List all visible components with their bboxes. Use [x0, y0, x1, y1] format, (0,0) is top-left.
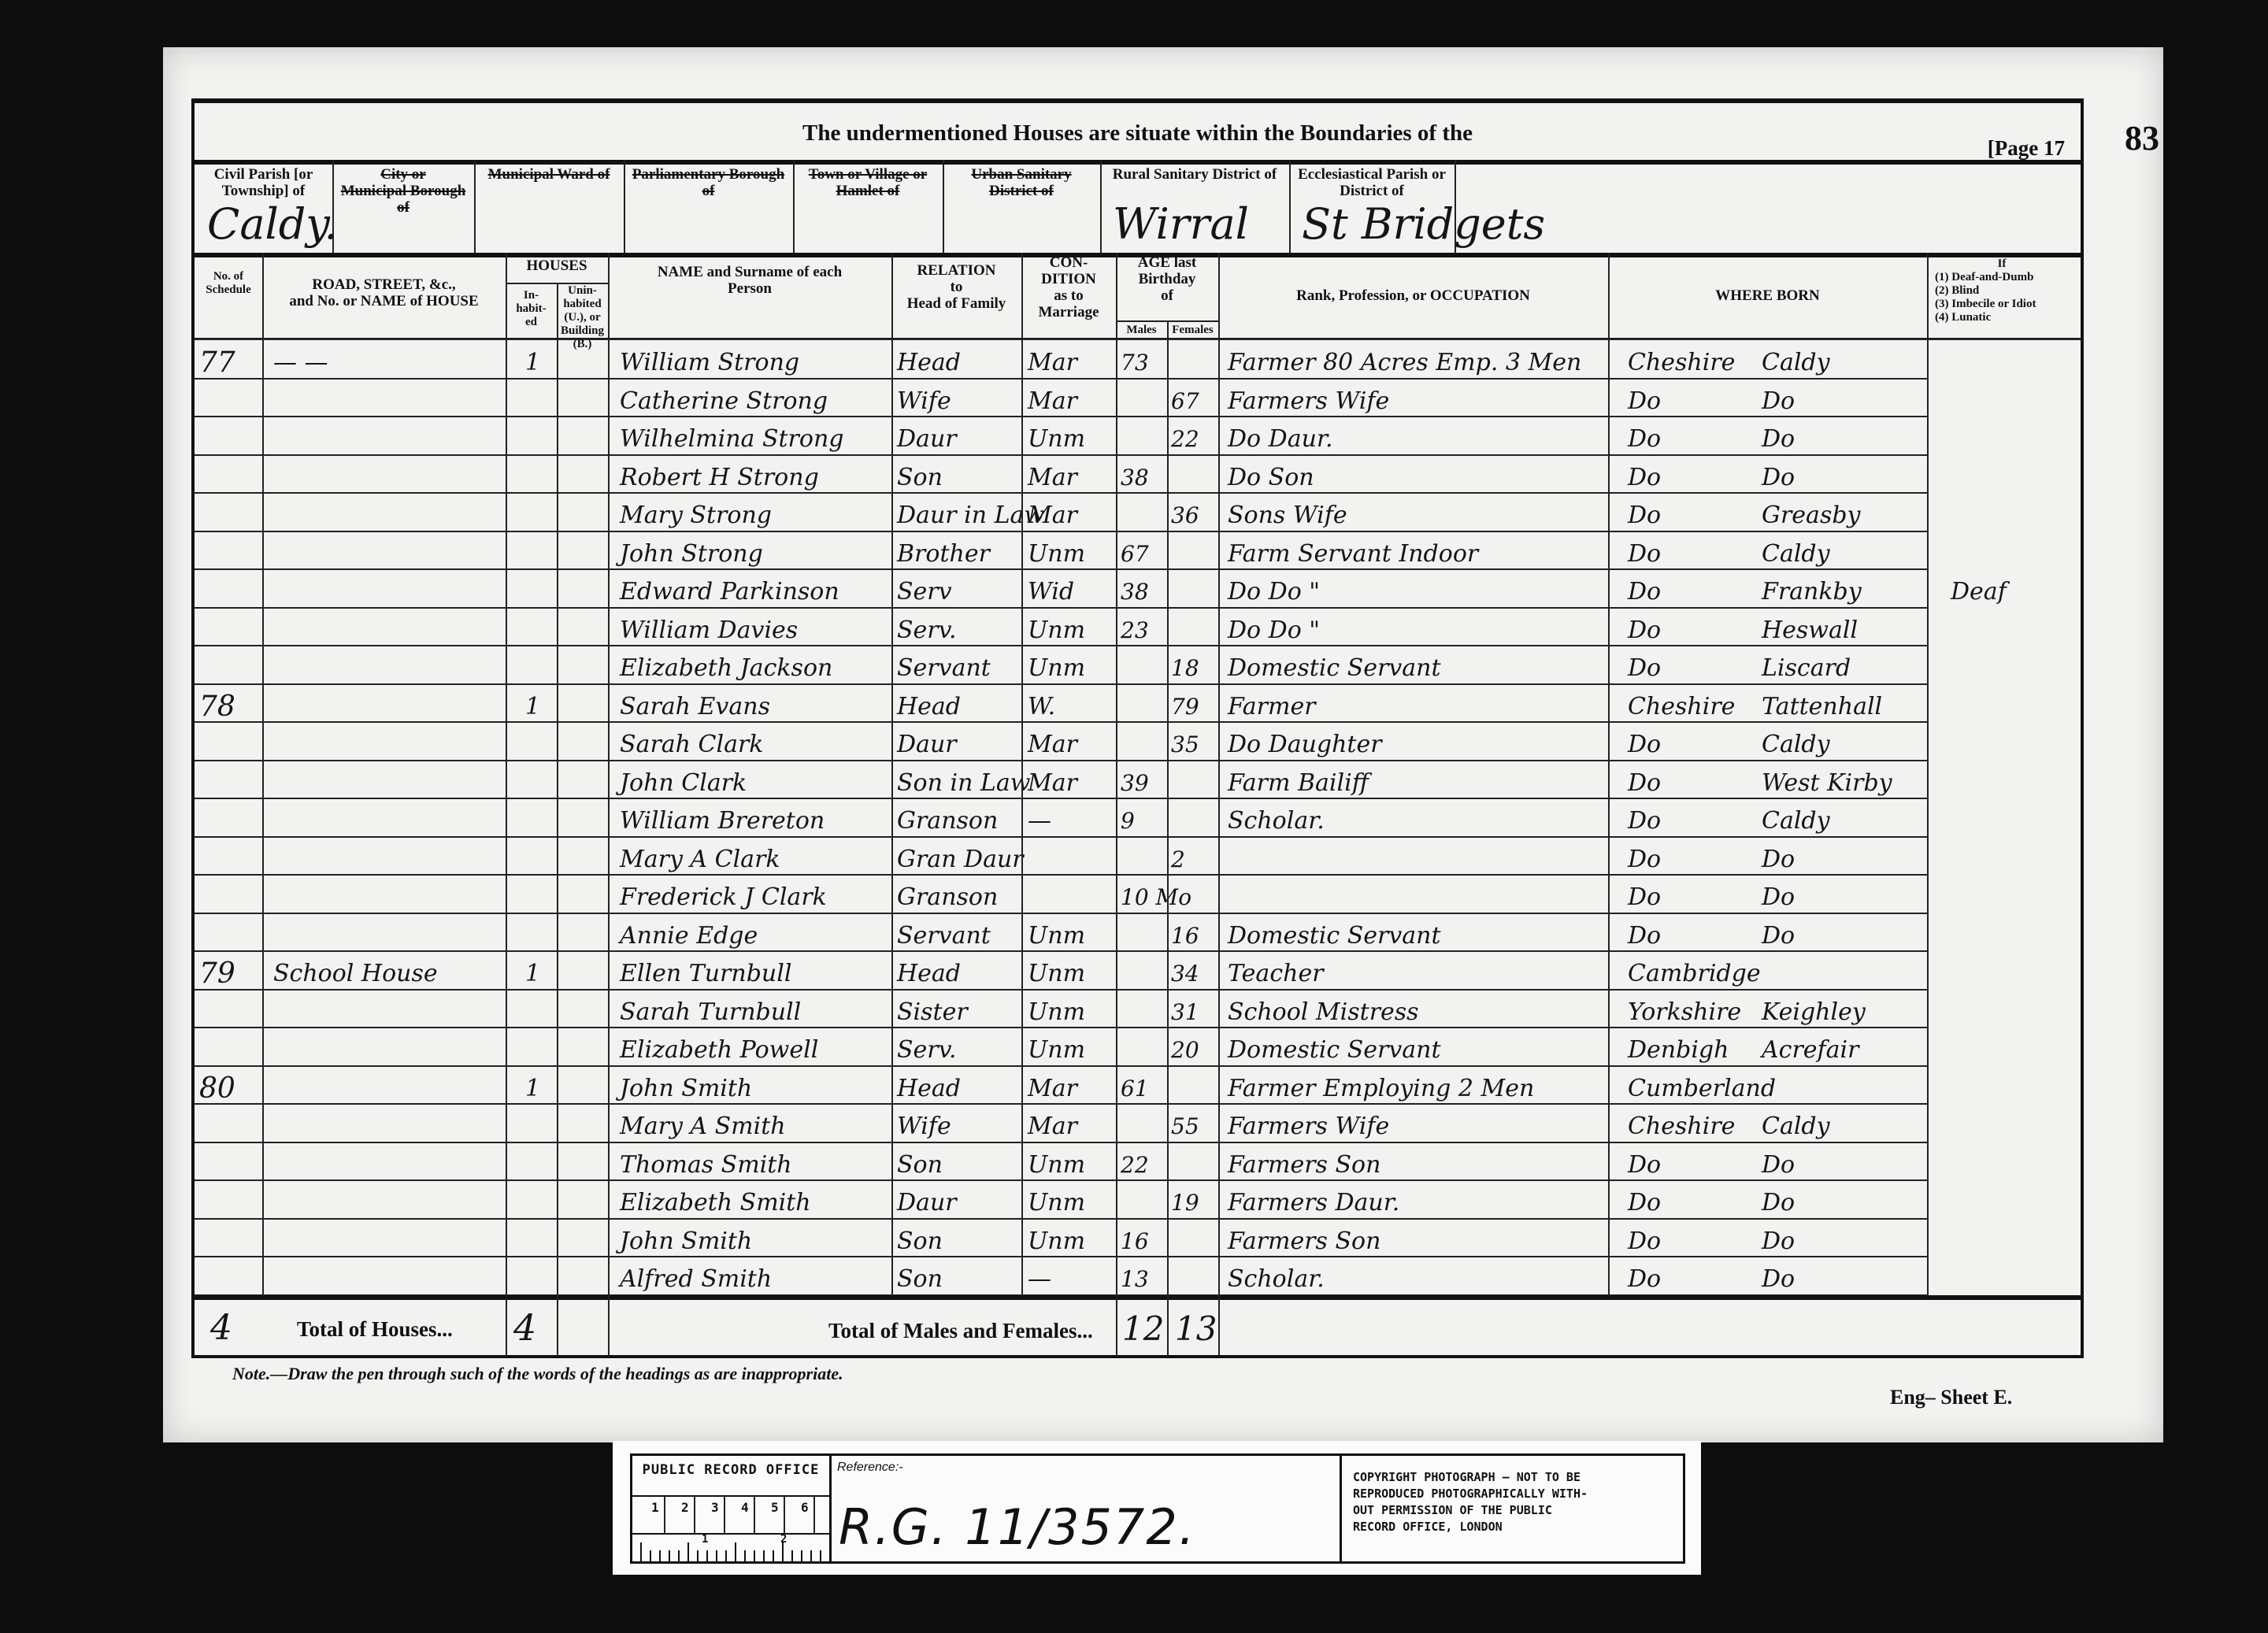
- col-relation-header: RELATIONtoHead of Family: [891, 262, 1021, 312]
- male-age: 9: [1121, 799, 1135, 839]
- col-females-header: Females: [1167, 324, 1218, 337]
- relation: Son: [897, 456, 943, 495]
- relation: Head: [897, 685, 961, 724]
- relation: Wife: [897, 1105, 951, 1144]
- birth-place: Do: [1762, 914, 1795, 954]
- table-row: Alfred SmithSon—13Scholar.DoDo: [195, 1257, 2081, 1296]
- relation: Son in Law: [897, 761, 1030, 801]
- total-houses-value: 4: [513, 1306, 536, 1349]
- relation: Daur: [897, 417, 957, 457]
- relation: Serv.: [897, 1028, 957, 1068]
- location-heading: Hamlet of: [798, 183, 938, 199]
- person-name: Alfred Smith: [620, 1257, 772, 1297]
- marital-condition: Mar: [1028, 1105, 1077, 1144]
- person-name: Catherine Strong: [620, 380, 828, 419]
- location-heading: Town or Village or: [798, 166, 938, 183]
- table-row: Sarah TurnbullSisterUnm31School Mistress…: [195, 991, 2081, 1029]
- relation: Daur: [897, 1181, 957, 1220]
- relation: Sister: [897, 991, 968, 1030]
- female-age: 31: [1171, 991, 1199, 1030]
- marital-condition: Unm: [1028, 417, 1085, 457]
- birth-place: Do: [1762, 1220, 1795, 1259]
- marital-condition: Unm: [1028, 646, 1085, 686]
- divider: [195, 338, 2081, 340]
- birth-place: Do: [1762, 380, 1795, 419]
- infirmity: Deaf: [1951, 570, 2007, 609]
- birth-county: Do: [1628, 1257, 1661, 1297]
- col-schedule-header: No. ofSchedule: [195, 270, 262, 297]
- location-heading: Municipal Ward of: [479, 166, 619, 183]
- person-name: Robert H Strong: [620, 456, 819, 495]
- occupation: Farmers Daur.: [1228, 1181, 1399, 1220]
- occupation: Do Do ": [1228, 570, 1320, 609]
- record-office-label: PUBLIC RECORD OFFICE 123456 12 Reference…: [613, 1441, 1701, 1575]
- table-row: Elizabeth SmithDaurUnm19Farmers Daur.DoD…: [195, 1181, 2081, 1220]
- female-age: 34: [1171, 952, 1199, 991]
- person-name: Mary Strong: [620, 494, 772, 533]
- birth-county: Cheshire: [1628, 685, 1735, 724]
- person-name: Mary A Clark: [620, 838, 780, 877]
- marital-condition: Unm: [1028, 1181, 1085, 1220]
- table-row: Annie EdgeServantUnm16Domestic ServantDo…: [195, 914, 2081, 953]
- male-age: 13: [1121, 1257, 1149, 1297]
- total-males: 12: [1122, 1309, 1164, 1348]
- footnote: Note.—Draw the pen through such of the w…: [232, 1364, 843, 1384]
- occupation: Teacher: [1228, 952, 1324, 991]
- birth-place: Caldy: [1762, 723, 1830, 762]
- birth-county: Do: [1628, 494, 1661, 533]
- birth-place: Do: [1762, 417, 1795, 457]
- location-heading: District of: [1294, 183, 1450, 199]
- reference-label: Reference:-: [837, 1461, 903, 1475]
- relation: Wife: [897, 380, 951, 419]
- birth-place: Acrefair: [1762, 1028, 1859, 1068]
- marital-condition: Unm: [1028, 1028, 1085, 1068]
- female-age: 67: [1171, 380, 1199, 419]
- table-row: John StrongBrotherUnm67Farm Servant Indo…: [195, 532, 2081, 571]
- person-name: Sarah Evans: [620, 685, 770, 724]
- marital-condition: Unm: [1028, 1143, 1085, 1183]
- occupation: Farmers Son: [1228, 1220, 1380, 1259]
- location-field: Rural Sanitary District ofWirral: [1105, 166, 1284, 251]
- birth-county: Denbigh: [1628, 1028, 1729, 1068]
- relation: Son: [897, 1143, 943, 1183]
- census-form: The undermentioned Houses are situate wi…: [191, 98, 2084, 1358]
- table-row: John SmithSonUnm16Farmers SonDoDo: [195, 1220, 2081, 1258]
- female-age: 79: [1171, 685, 1199, 724]
- female-age: 35: [1171, 723, 1199, 762]
- marital-condition: Unm: [1028, 1220, 1085, 1259]
- total-schedules: 4: [210, 1308, 232, 1348]
- occupation: Do Daughter: [1228, 723, 1382, 762]
- male-age: 39: [1121, 761, 1149, 801]
- birth-place: Do: [1762, 838, 1795, 877]
- birth-county: Do: [1628, 570, 1661, 609]
- person-name: John Smith: [620, 1220, 752, 1259]
- person-name: Edward Parkinson: [620, 570, 839, 609]
- female-age: 18: [1171, 646, 1199, 686]
- male-age: 22: [1121, 1143, 1149, 1183]
- birth-county: Do: [1628, 456, 1661, 495]
- person-name: William Strong: [620, 341, 799, 380]
- location-value: Caldy.: [207, 199, 338, 249]
- location-field: Parliamentary Borough of: [628, 166, 788, 251]
- female-age: 36: [1171, 494, 1199, 533]
- location-field: Civil Parish [or Township] ofCaldy.: [199, 166, 328, 251]
- birth-place: Caldy: [1762, 1105, 1830, 1144]
- birth-county: Do: [1628, 1143, 1661, 1183]
- table-row: 781Sarah EvansHeadW.79FarmerCheshireTatt…: [195, 685, 2081, 724]
- col-road-header: ROAD, STREET, &c.,and No. or NAME of HOU…: [262, 276, 506, 309]
- occupation: Do Son: [1228, 456, 1314, 495]
- relation: Son: [897, 1220, 943, 1259]
- location-heading: Municipal Borough of: [337, 183, 469, 216]
- female-age: 2: [1171, 838, 1185, 877]
- birth-county: Do: [1628, 838, 1661, 877]
- birth-county: Cambridge: [1628, 952, 1761, 991]
- form-title: The undermentioned Houses are situate wi…: [195, 120, 2081, 146]
- birth-place: Do: [1762, 876, 1795, 915]
- occupation: Do Do ": [1228, 609, 1320, 648]
- occupation: Farmer Employing 2 Men: [1228, 1067, 1534, 1106]
- marital-condition: Unm: [1028, 914, 1085, 954]
- location-heading: Urban Sanitary District of: [947, 166, 1095, 199]
- column-header: No. ofScheduleROAD, STREET, &c.,and No. …: [195, 256, 2081, 338]
- occupation: Domestic Servant: [1228, 1028, 1441, 1068]
- location-value: Wirral: [1113, 199, 1249, 249]
- location-field: Ecclesiastical Parish orDistrict ofSt Br…: [1294, 166, 1450, 251]
- occupation: Scholar.: [1228, 1257, 1325, 1297]
- occupation: Domestic Servant: [1228, 646, 1441, 686]
- location-field: Urban Sanitary District of: [947, 166, 1095, 251]
- table-row: William DaviesServ.Unm23Do Do "DoHeswall: [195, 609, 2081, 647]
- road-name: School House: [273, 952, 438, 991]
- marital-condition: Mar: [1028, 1067, 1077, 1106]
- birth-place: Caldy: [1762, 799, 1830, 839]
- marital-condition: Unm: [1028, 532, 1085, 572]
- total-females: 13: [1175, 1309, 1217, 1348]
- birth-county: Do: [1628, 761, 1661, 801]
- table-row: Edward ParkinsonServWid38Do Do "DoFrankb…: [195, 570, 2081, 609]
- birth-place: West Kirby: [1762, 761, 1892, 801]
- birth-county: Yorkshire: [1628, 991, 1741, 1030]
- schedule-number: 79: [199, 952, 235, 991]
- birth-place: Keighley: [1762, 991, 1866, 1030]
- relation: Gran Daur: [897, 838, 1024, 877]
- table-row: Sarah ClarkDaurMar35Do DaughterDoCaldy: [195, 723, 2081, 761]
- birth-county: Do: [1628, 799, 1661, 839]
- marital-condition: Wid: [1028, 570, 1074, 609]
- birth-place: Caldy: [1762, 532, 1830, 572]
- birth-county: Do: [1628, 914, 1661, 954]
- relation: Son: [897, 1257, 943, 1297]
- location-heading: City or: [337, 166, 469, 183]
- col-condition-header: CON-DITIONas toMarriage: [1021, 254, 1116, 320]
- table-row: Mary StrongDaur in LawMar36Sons WifeDoGr…: [195, 494, 2081, 532]
- col-infirmity-header: If(1) Deaf-and-Dumb(2) Blind(3) Imbecile…: [1935, 257, 2069, 324]
- birth-place: Do: [1762, 456, 1795, 495]
- col-name-header: NAME and Surname of eachPerson: [608, 264, 891, 297]
- birth-place: Caldy: [1762, 341, 1830, 380]
- female-age: 55: [1171, 1105, 1199, 1144]
- birth-county: Cheshire: [1628, 1105, 1735, 1144]
- table-row: 801John SmithHeadMar61Farmer Employing 2…: [195, 1067, 2081, 1105]
- relation: Brother: [897, 532, 990, 572]
- location-heading: Rural Sanitary District of: [1105, 166, 1284, 183]
- male-age: 38: [1121, 570, 1149, 609]
- marital-condition: Unm: [1028, 991, 1085, 1030]
- location-heading: Ecclesiastical Parish or: [1294, 166, 1450, 183]
- table-row: Elizabeth PowellServ.Unm20Domestic Serva…: [195, 1028, 2081, 1067]
- birth-county: Do: [1628, 380, 1661, 419]
- relation: Head: [897, 341, 961, 380]
- occupation: Do Daur.: [1228, 417, 1333, 457]
- reference-value: R.G. 11/3572.: [839, 1498, 1196, 1556]
- inhabited-count: 1: [525, 952, 540, 991]
- birth-place: Do: [1762, 1181, 1795, 1220]
- birth-place: Heswall: [1762, 609, 1858, 648]
- marital-condition: Mar: [1028, 494, 1077, 533]
- person-name: Elizabeth Jackson: [620, 646, 832, 686]
- relation: Serv: [897, 570, 952, 609]
- relation: Head: [897, 1067, 961, 1106]
- table-row: Catherine StrongWifeMar67Farmers WifeDoD…: [195, 380, 2081, 418]
- col-males-header: Males: [1116, 324, 1167, 337]
- occupation: Farmers Wife: [1228, 1105, 1389, 1144]
- person-name: Elizabeth Powell: [620, 1028, 818, 1068]
- relation: Head: [897, 952, 961, 991]
- marital-condition: —: [1028, 1257, 1051, 1297]
- person-name: Mary A Smith: [620, 1105, 786, 1144]
- birth-county: Do: [1628, 417, 1661, 457]
- birth-county: Cheshire: [1628, 341, 1735, 380]
- table-row: William BreretonGranson—9Scholar.DoCaldy: [195, 799, 2081, 838]
- male-age: 38: [1121, 456, 1149, 495]
- marital-condition: Mar: [1028, 456, 1077, 495]
- male-age: 16: [1121, 1220, 1149, 1259]
- birth-county: Do: [1628, 532, 1661, 572]
- person-name: William Davies: [620, 609, 798, 648]
- person-name: Ellen Turnbull: [620, 952, 791, 991]
- occupation: Farmer 80 Acres Emp. 3 Men: [1228, 341, 1581, 380]
- total-houses-label: Total of Houses...: [297, 1317, 453, 1342]
- male-age: 67: [1121, 532, 1149, 572]
- marital-condition: Mar: [1028, 380, 1077, 419]
- male-age: 23: [1121, 609, 1149, 648]
- female-age: 20: [1171, 1028, 1199, 1068]
- birth-county: Do: [1628, 609, 1661, 648]
- folio-number: 83: [2125, 118, 2159, 158]
- marital-condition: Mar: [1028, 341, 1077, 380]
- scale-ruler: PUBLIC RECORD OFFICE 123456 12: [632, 1456, 832, 1561]
- birth-county: Do: [1628, 1181, 1661, 1220]
- birth-place: Liscard: [1762, 646, 1851, 686]
- occupation: School Mistress: [1228, 991, 1419, 1030]
- location-heading: Parliamentary Borough of: [628, 166, 788, 199]
- person-name: Frederick J Clark: [620, 876, 827, 915]
- location-row: Civil Parish [or Township] ofCaldy.City …: [195, 163, 2081, 253]
- table-row: Mary A ClarkGran Daur2DoDo: [195, 838, 2081, 876]
- inhabited-count: 1: [525, 1067, 540, 1106]
- occupation: Farmers Son: [1228, 1143, 1380, 1183]
- relation: Daur: [897, 723, 957, 762]
- marital-condition: Unm: [1028, 609, 1085, 648]
- birth-place: Tattenhall: [1762, 685, 1882, 724]
- col-houses-header: HOUSES: [506, 257, 608, 274]
- col-age-header: AGE lastBirthdayof: [1116, 254, 1218, 304]
- page-reference: [Page 17: [1988, 136, 2065, 161]
- person-name: John Smith: [620, 1067, 752, 1106]
- census-table-body: 77— —1William StrongHeadMar73Farmer 80 A…: [195, 341, 2081, 1295]
- occupation: Farmers Wife: [1228, 380, 1389, 419]
- col-inhabited-header: In-habit-ed: [506, 289, 557, 329]
- location-field: Municipal Ward of: [479, 166, 619, 251]
- occupation: Farmer: [1228, 685, 1316, 724]
- location-heading: Civil Parish [or Township] of: [199, 166, 328, 199]
- table-row: Elizabeth JacksonServantUnm18Domestic Se…: [195, 646, 2081, 685]
- location-value: St Bridgets: [1302, 199, 1545, 249]
- marital-condition: Mar: [1028, 761, 1077, 801]
- table-row: Frederick J ClarkGranson10 MoDoDo: [195, 876, 2081, 914]
- person-name: Thomas Smith: [620, 1143, 792, 1183]
- birth-place: Do: [1762, 1257, 1795, 1297]
- relation: Servant: [897, 646, 991, 686]
- col-occupation-header: Rank, Profession, or OCCUPATION: [1218, 287, 1608, 304]
- table-row: John ClarkSon in LawMar39Farm BailiffDoW…: [195, 761, 2081, 800]
- marital-condition: W.: [1028, 685, 1055, 724]
- occupation: Farm Bailiff: [1228, 761, 1369, 801]
- schedule-number: 77: [199, 341, 235, 380]
- relation: Servant: [897, 914, 991, 954]
- birth-place: Greasby: [1762, 494, 1861, 533]
- copyright-notice: COPYRIGHT PHOTOGRAPH – NOT TO BE REPRODU…: [1340, 1453, 1686, 1564]
- relation: Granson: [897, 799, 998, 839]
- table-row: 77— —1William StrongHeadMar73Farmer 80 A…: [195, 341, 2081, 380]
- table-row: Thomas SmithSonUnm22Farmers SonDoDo: [195, 1143, 2081, 1182]
- occupation: Sons Wife: [1228, 494, 1347, 533]
- location-field: Town or Village orHamlet of: [798, 166, 938, 251]
- total-persons-label: Total of Males and Females...: [828, 1319, 1093, 1343]
- col-where-born-header: WHERE BORN: [1608, 287, 1927, 304]
- person-name: John Clark: [620, 761, 747, 801]
- table-row: Wilhelmina StrongDaurUnm22Do Daur.DoDo: [195, 417, 2081, 456]
- female-age: 19: [1171, 1181, 1199, 1220]
- inhabited-count: 1: [525, 685, 540, 724]
- birth-county: Do: [1628, 876, 1661, 915]
- person-name: Sarah Turnbull: [620, 991, 801, 1030]
- marital-condition: Mar: [1028, 723, 1077, 762]
- location-field: City orMunicipal Borough of: [337, 166, 469, 251]
- schedule-number: 78: [199, 685, 235, 724]
- marital-condition: —: [1028, 799, 1051, 839]
- road-name: — —: [273, 341, 328, 380]
- person-name: Annie Edge: [620, 914, 758, 954]
- marital-condition: Unm: [1028, 952, 1085, 991]
- totals-row: 4 Total of Houses... 4 Total of Males an…: [195, 1300, 2081, 1360]
- male-age: 61: [1121, 1067, 1149, 1106]
- birth-place: Do: [1762, 1143, 1795, 1183]
- birth-county: Cumberland: [1628, 1067, 1776, 1106]
- male-age: 73: [1121, 341, 1149, 380]
- person-name: Sarah Clark: [620, 723, 763, 762]
- occupation: Farm Servant Indoor: [1228, 532, 1478, 572]
- table-row: Mary A SmithWifeMar55Farmers WifeCheshir…: [195, 1105, 2081, 1143]
- relation: Serv.: [897, 609, 957, 648]
- person-name: John Strong: [620, 532, 763, 572]
- relation: Granson: [897, 876, 998, 915]
- male-age: 10 Mo: [1121, 876, 1191, 915]
- person-name: Wilhelmina Strong: [620, 417, 844, 457]
- occupation: Scholar.: [1228, 799, 1325, 839]
- inhabited-count: 1: [525, 341, 540, 380]
- sheet-label: Eng– Sheet E.: [1890, 1386, 2012, 1409]
- table-row: 79School House1Ellen TurnbullHeadUnm34Te…: [195, 952, 2081, 991]
- birth-county: Do: [1628, 1220, 1661, 1259]
- female-age: 16: [1171, 914, 1199, 954]
- scale-mark: 1: [702, 1533, 708, 1546]
- table-row: Robert H StrongSonMar38Do SonDoDo: [195, 456, 2081, 494]
- female-age: 22: [1171, 417, 1199, 457]
- person-name: William Brereton: [620, 799, 825, 839]
- occupation: Domestic Servant: [1228, 914, 1441, 954]
- schedule-number: 80: [199, 1067, 235, 1106]
- birth-place: Frankby: [1762, 570, 1862, 609]
- birth-county: Do: [1628, 723, 1661, 762]
- person-name: Elizabeth Smith: [620, 1181, 811, 1220]
- birth-county: Do: [1628, 646, 1661, 686]
